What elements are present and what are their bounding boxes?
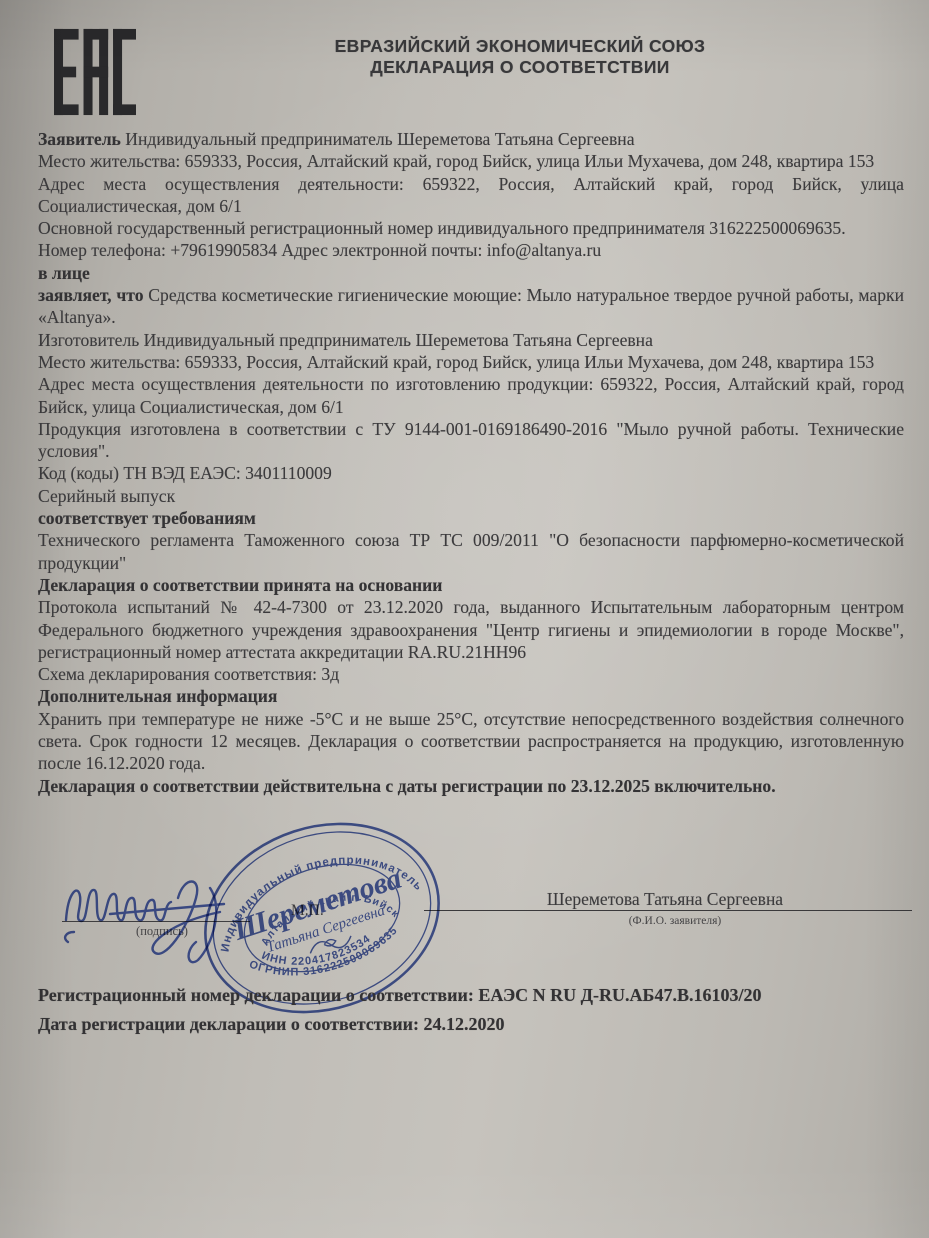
registration-number-label: Регистрационный номер декларации о соотв… [38, 985, 478, 1005]
body-paragraph: Декларация о соответствии действительна … [38, 775, 904, 797]
body-paragraph: Адрес места осуществления деятельности: … [38, 173, 904, 218]
body-paragraph: Продукция изготовлена в соответствии с Т… [38, 418, 904, 463]
body-paragraph: Схема декларирования соответствия: 3д [38, 663, 904, 685]
body-paragraph: в лице [38, 262, 904, 284]
body-paragraph: Код (коды) ТН ВЭД ЕАЭС: 3401110009 [38, 462, 904, 484]
body-paragraph: Адрес места осуществления деятельности п… [38, 373, 904, 418]
registration-date-line: Дата регистрации декларации о соответств… [38, 1010, 908, 1039]
applicant-name: Шереметова Татьяна Сергеевна [430, 889, 900, 910]
registration-number-value: ЕАЭС N RU Д-RU.АБ47.В.16103/20 [478, 985, 761, 1005]
body-paragraph: Место жительства: 659333, Россия, Алтайс… [38, 150, 904, 172]
header-title-line1: ЕВРАЗИЙСКИЙ ЭКОНОМИЧЕСКИЙ СОЮЗ [190, 36, 850, 57]
registration-date-label: Дата регистрации декларации о соответств… [38, 1014, 424, 1034]
body-paragraph: Протокола испытаний № 42-4-7300 от 23.12… [38, 596, 904, 663]
document-body: Заявитель Индивидуальный предприниматель… [38, 128, 904, 797]
body-paragraph: соответствует требованиям [38, 507, 904, 529]
body-paragraph: Хранить при температуре не ниже -5°С и н… [38, 708, 904, 775]
body-paragraph: Основной государственный регистрационный… [38, 217, 904, 239]
body-paragraph: Декларация о соответствии принята на осн… [38, 574, 904, 596]
declaration-document: ЕВРАЗИЙСКИЙ ЭКОНОМИЧЕСКИЙ СОЮЗ ДЕКЛАРАЦИ… [0, 0, 929, 1238]
body-paragraph: Технического регламента Таможенного союз… [38, 529, 904, 574]
applicant-name-caption: (Ф.И.О. заявителя) [560, 915, 790, 927]
body-paragraph: заявляет, что Средства косметические гиг… [38, 284, 904, 329]
applicant-name-line [424, 910, 912, 911]
body-paragraph: Место жительства: 659333, Россия, Алтайс… [38, 351, 904, 373]
body-paragraph: Серийный выпуск [38, 485, 904, 507]
body-paragraph: Номер телефона: +79619905834 Адрес элект… [38, 239, 904, 261]
registration-date-value: 24.12.2020 [424, 1014, 505, 1034]
registration-footer: Регистрационный номер декларации о соотв… [38, 981, 908, 1038]
registration-number-line: Регистрационный номер декларации о соотв… [38, 981, 908, 1010]
body-paragraph: Изготовитель Индивидуальный предпринимат… [38, 329, 904, 351]
body-paragraph: Заявитель Индивидуальный предприниматель… [38, 128, 904, 150]
eac-logo-icon [54, 28, 136, 116]
header-title-line2: ДЕКЛАРАЦИЯ О СООТВЕТСТВИИ [190, 57, 850, 78]
body-paragraph: Дополнительная информация [38, 685, 904, 707]
document-header: ЕВРАЗИЙСКИЙ ЭКОНОМИЧЕСКИЙ СОЮЗ ДЕКЛАРАЦИ… [190, 36, 850, 78]
